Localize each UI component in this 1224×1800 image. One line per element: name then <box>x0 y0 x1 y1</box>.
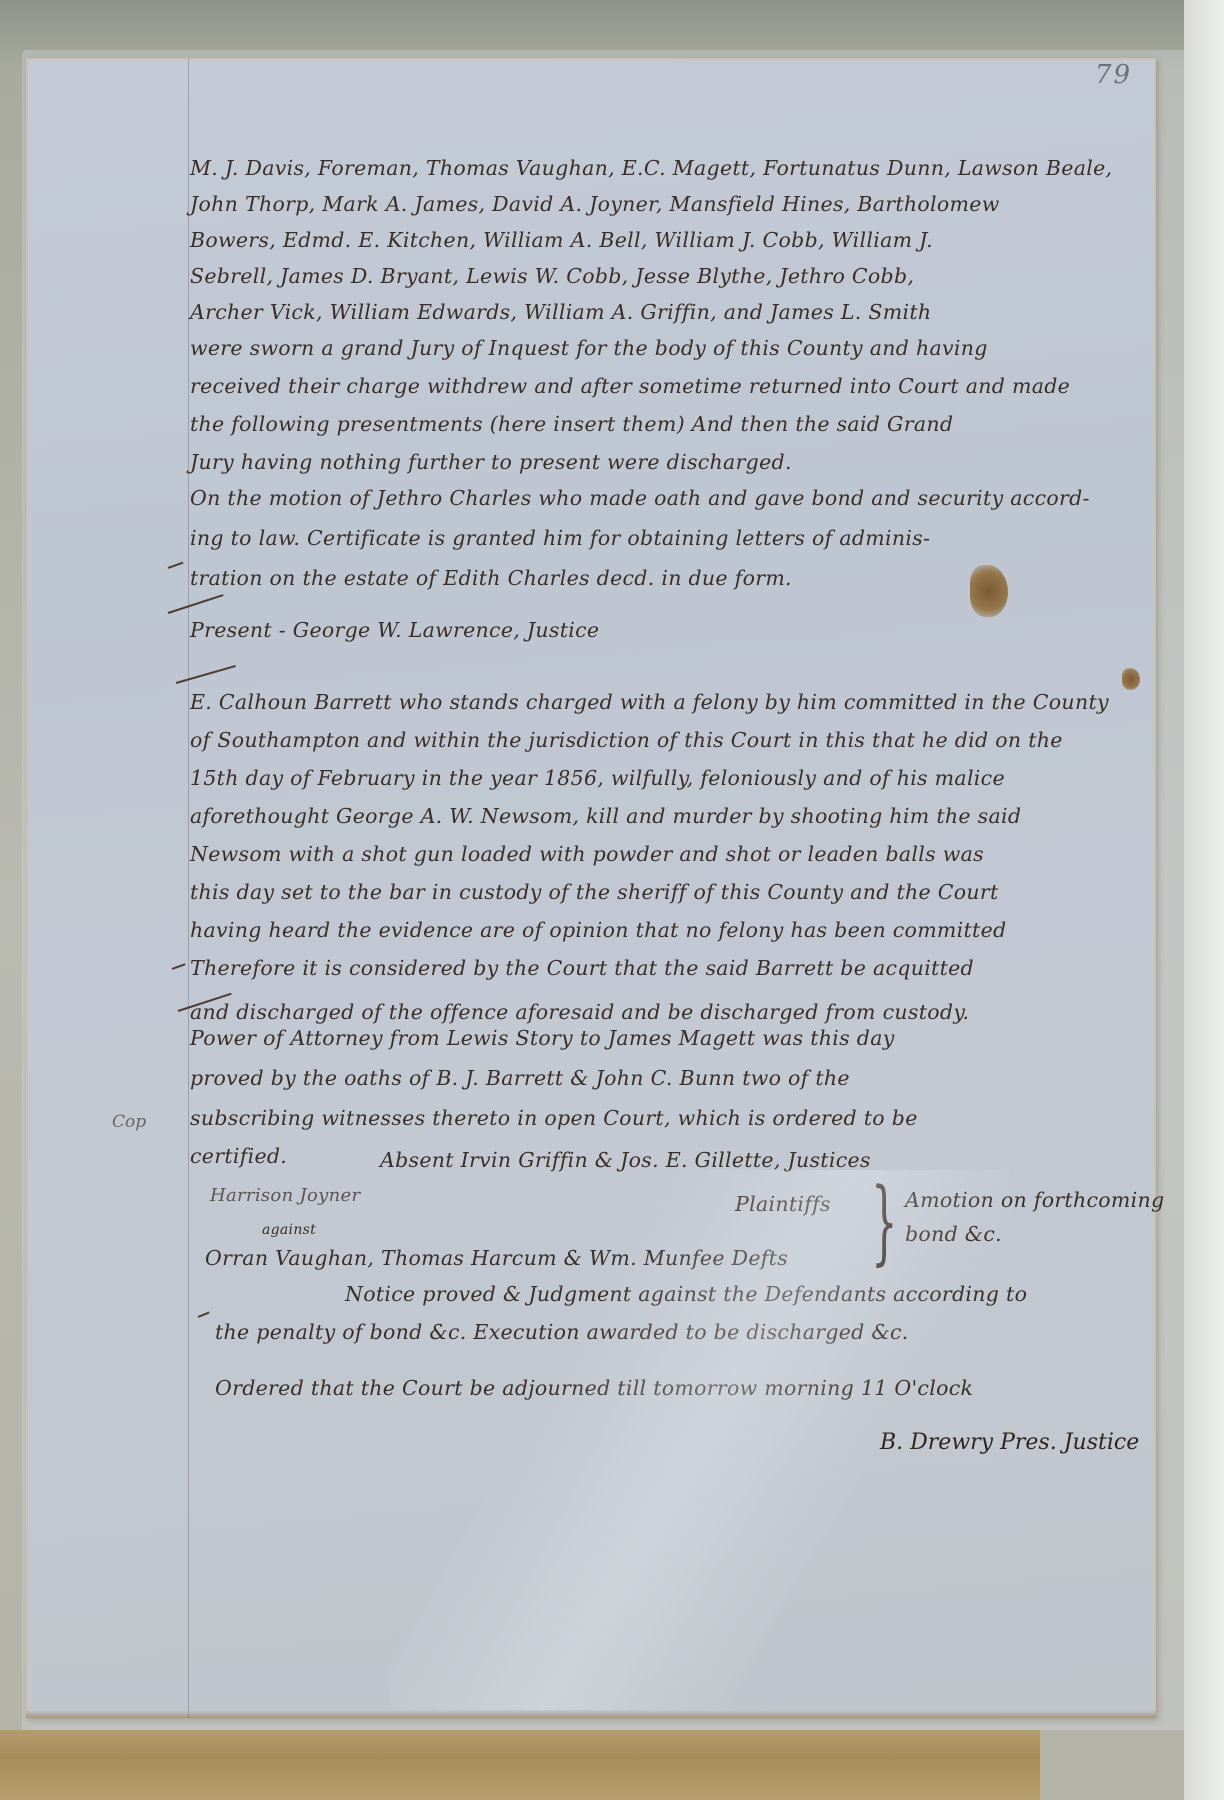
present-justice-line: Present - George W. Lawrence, Justice <box>190 612 1180 648</box>
text-line: Notice proved & Judgment against the Def… <box>215 1276 1205 1314</box>
text-line: having heard the evidence are of opinion… <box>190 912 1180 950</box>
text-line: were sworn a grand Jury of Inquest for t… <box>190 330 1180 368</box>
text-line: aforethought George A. W. Newsom, kill a… <box>190 798 1180 836</box>
text-line: Sebrell, James D. Bryant, Lewis W. Cobb,… <box>190 258 1180 294</box>
plaintiff-label: Plaintiffs <box>735 1186 831 1222</box>
text-line: received their charge withdrew and after… <box>190 368 1180 406</box>
text-line: Power of Attorney from Lewis Story to Ja… <box>190 1020 1180 1060</box>
text-line: M. J. Davis, Foreman, Thomas Vaughan, E.… <box>190 150 1180 186</box>
defendants-line: Orran Vaughan, Thomas Harcum & Wm. Munfe… <box>205 1240 1195 1276</box>
text-line: tration on the estate of Edith Charles d… <box>190 560 1180 596</box>
text-line: John Thorp, Mark A. James, David A. Joyn… <box>190 186 1180 222</box>
text-line: this day set to the bar in custody of th… <box>190 874 1180 912</box>
text-line: proved by the oaths of B. J. Barrett & J… <box>190 1060 1180 1100</box>
barrett-case-paragraph: E. Calhoun Barrett who stands charged wi… <box>190 684 1180 1030</box>
judgment-paragraph: Notice proved & Judgment against the Def… <box>215 1276 1205 1350</box>
text-line: Absent Irvin Griffin & Jos. E. Gillette,… <box>380 1142 1224 1178</box>
ink-stain <box>970 565 1008 617</box>
text-line: E. Calhoun Barrett who stands charged wi… <box>190 684 1180 722</box>
text-line: On the motion of Jethro Charles who made… <box>190 480 1180 520</box>
wooden-surface <box>0 1730 1040 1800</box>
margin-rule <box>188 58 189 1718</box>
text-line: Jury having nothing further to present w… <box>190 444 1180 480</box>
margin-note: Cop <box>112 1112 146 1132</box>
text-line: Archer Vick, William Edwards, William A.… <box>190 294 1180 330</box>
text-line: the following presentments (here insert … <box>190 406 1180 444</box>
justice-signature: B. Drewry Pres. Justice <box>880 1430 1139 1455</box>
action-type: Amotion on forthcoming <box>905 1182 1164 1218</box>
text-line: of Southampton and within the jurisdicti… <box>190 722 1180 760</box>
text-line: Therefore it is considered by the Court … <box>190 950 1180 994</box>
absent-justices-line: Absent Irvin Griffin & Jos. E. Gillette,… <box>380 1142 1224 1178</box>
text-line: subscribing witnesses thereto in open Co… <box>190 1100 1180 1138</box>
text-line: ing to law. Certificate is granted him f… <box>190 520 1180 560</box>
page-number: 79 <box>1095 60 1132 90</box>
text-line: Newsom with a shot gun loaded with powde… <box>190 836 1180 874</box>
text-line: Present - George W. Lawrence, Justice <box>190 612 1180 648</box>
text-line: 15th day of February in the year 1856, w… <box>190 760 1180 798</box>
text-line: the penalty of bond &c. Execution awarde… <box>215 1314 1205 1350</box>
adjournment-line: Ordered that the Court be adjourned till… <box>215 1370 1205 1406</box>
grand-jury-paragraph: M. J. Davis, Foreman, Thomas Vaughan, E.… <box>190 150 1180 480</box>
wall-background <box>1184 0 1224 1800</box>
administration-paragraph: On the motion of Jethro Charles who made… <box>190 480 1180 596</box>
text-line: Bowers, Edmd. E. Kitchen, William A. Bel… <box>190 222 1180 258</box>
